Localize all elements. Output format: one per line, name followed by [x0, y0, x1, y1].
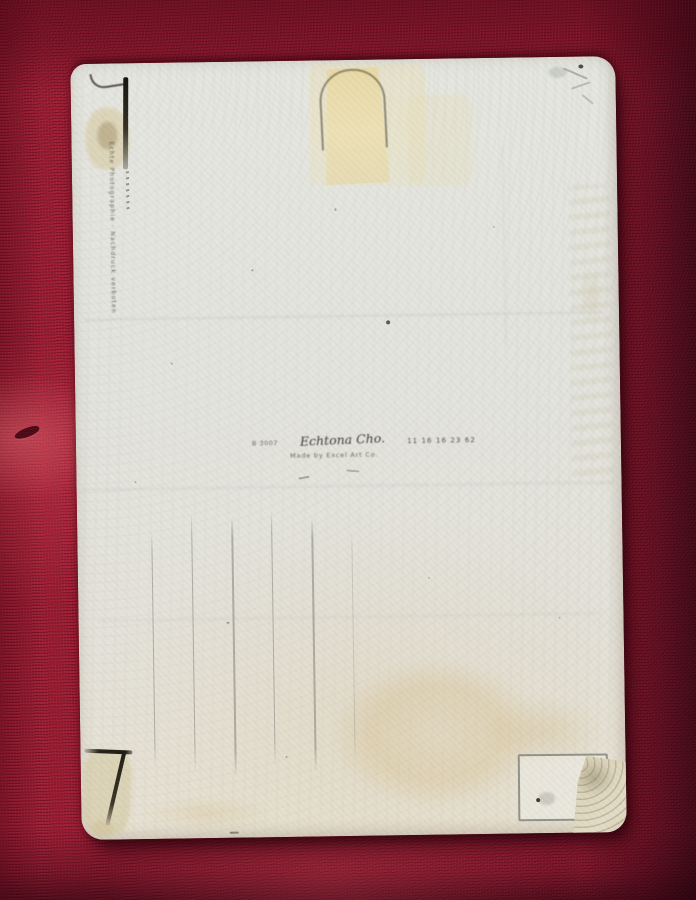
dust-speck — [171, 363, 173, 365]
stamp-box-speck — [536, 798, 540, 802]
edge-dash-bottom — [230, 832, 239, 834]
imprint-numbers: 11 16 16 23 62 — [407, 436, 476, 445]
photo-frame: Echte Photographie · Nachdruck verboten … — [0, 0, 696, 900]
imprint-code: B 3007 — [252, 439, 278, 447]
imprint-brand-script: Echtona Cho. — [300, 430, 386, 448]
stamp-box-smudge — [538, 792, 555, 805]
dust-speck — [493, 226, 495, 228]
publisher-imprint-row: B 3007 Echtona Cho. 11 16 16 23 62 — [252, 429, 532, 448]
dust-speck — [134, 481, 136, 483]
fabric-thread-mark — [13, 424, 41, 441]
corner-mark-dashes-top-left — [126, 171, 130, 211]
dust-speck — [251, 269, 253, 271]
tape-arch-outline — [318, 67, 388, 150]
corner-mark-stroke-top-left — [123, 77, 128, 169]
dust-speck — [428, 577, 430, 579]
dust-speck — [227, 622, 230, 624]
dust-speck — [334, 208, 336, 211]
publisher-imprint: B 3007 Echtona Cho. 11 16 16 23 62 Made … — [252, 429, 532, 460]
tape-remnant-top-side — [407, 94, 472, 187]
dust-speck — [559, 617, 561, 619]
dust-speck — [386, 320, 390, 324]
dust-speck — [286, 756, 288, 758]
postcard-back: Echte Photographie · Nachdruck verboten … — [70, 56, 626, 840]
stain-right-blotch — [577, 264, 606, 326]
stain-right-column — [568, 184, 614, 485]
speck-top-right — [578, 64, 583, 68]
